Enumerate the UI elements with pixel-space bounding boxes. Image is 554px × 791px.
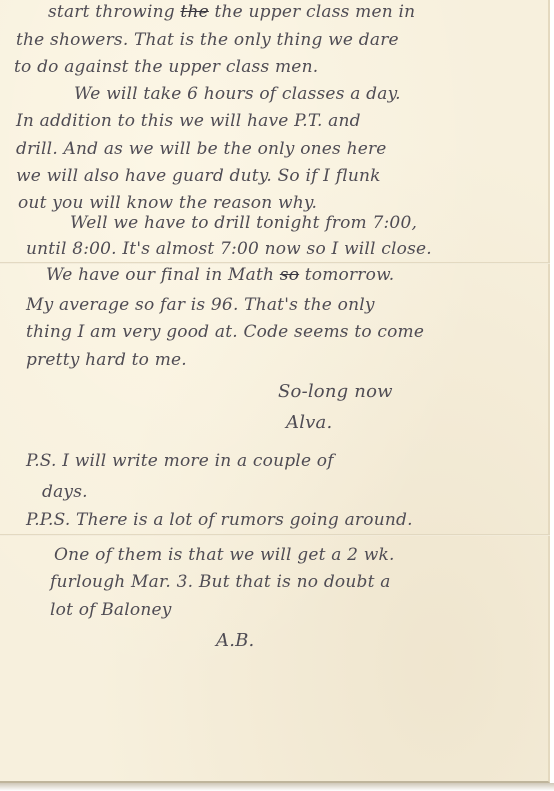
ps-line-1: P.S. I will write more in a couple of (26, 451, 334, 471)
letter-line-6: drill. And as we will be the only ones h… (16, 139, 387, 159)
scan-bottom-edge (0, 783, 554, 791)
letter-page: start throwing the the upper class men i… (0, 0, 550, 783)
pps-line-1: P.P.S. There is a lot of rumors going ar… (26, 510, 413, 530)
paper-fold-line (0, 534, 550, 536)
struck-word: the (180, 2, 208, 22)
pps-line-3: furlough Mar. 3. But that is no doubt a (50, 572, 391, 592)
letter-line-3: to do against the upper class men. (14, 57, 318, 77)
letter-line-11: We have our final in Math so tomorrow. (46, 265, 394, 285)
ps-line-2: days. (42, 482, 88, 502)
letter-line-13: thing I am very good at. Code seems to c… (26, 322, 424, 342)
letter-line-5: In addition to this we will have P.T. an… (16, 111, 361, 131)
struck-word: so (280, 265, 299, 285)
letter-line-2: the showers. That is the only thing we d… (16, 30, 399, 50)
letter-line-12: My average so far is 96. That's the only (26, 295, 375, 315)
paper-fold-line (0, 262, 550, 264)
letter-line-14: pretty hard to me. (26, 350, 187, 370)
closing-text: So-long now (278, 381, 393, 402)
pps-line-2: One of them is that we will get a 2 wk. (54, 545, 395, 565)
letter-line-7: we will also have guard duty. So if I fl… (16, 166, 381, 186)
letter-line-4: We will take 6 hours of classes a day. (74, 84, 401, 104)
letter-line-8: out you will know the reason why. (18, 193, 317, 213)
pps-line-4: lot of Baloney (50, 600, 172, 620)
letter-line-10: until 8:00. It's almost 7:00 now so I wi… (26, 239, 432, 259)
letter-line-9: Well we have to drill tonight from 7:00, (70, 213, 417, 233)
letter-line-1: start throwing the the upper class men i… (48, 2, 415, 22)
signature: Alva. (286, 412, 332, 433)
ps-initials: A.B. (216, 630, 254, 651)
